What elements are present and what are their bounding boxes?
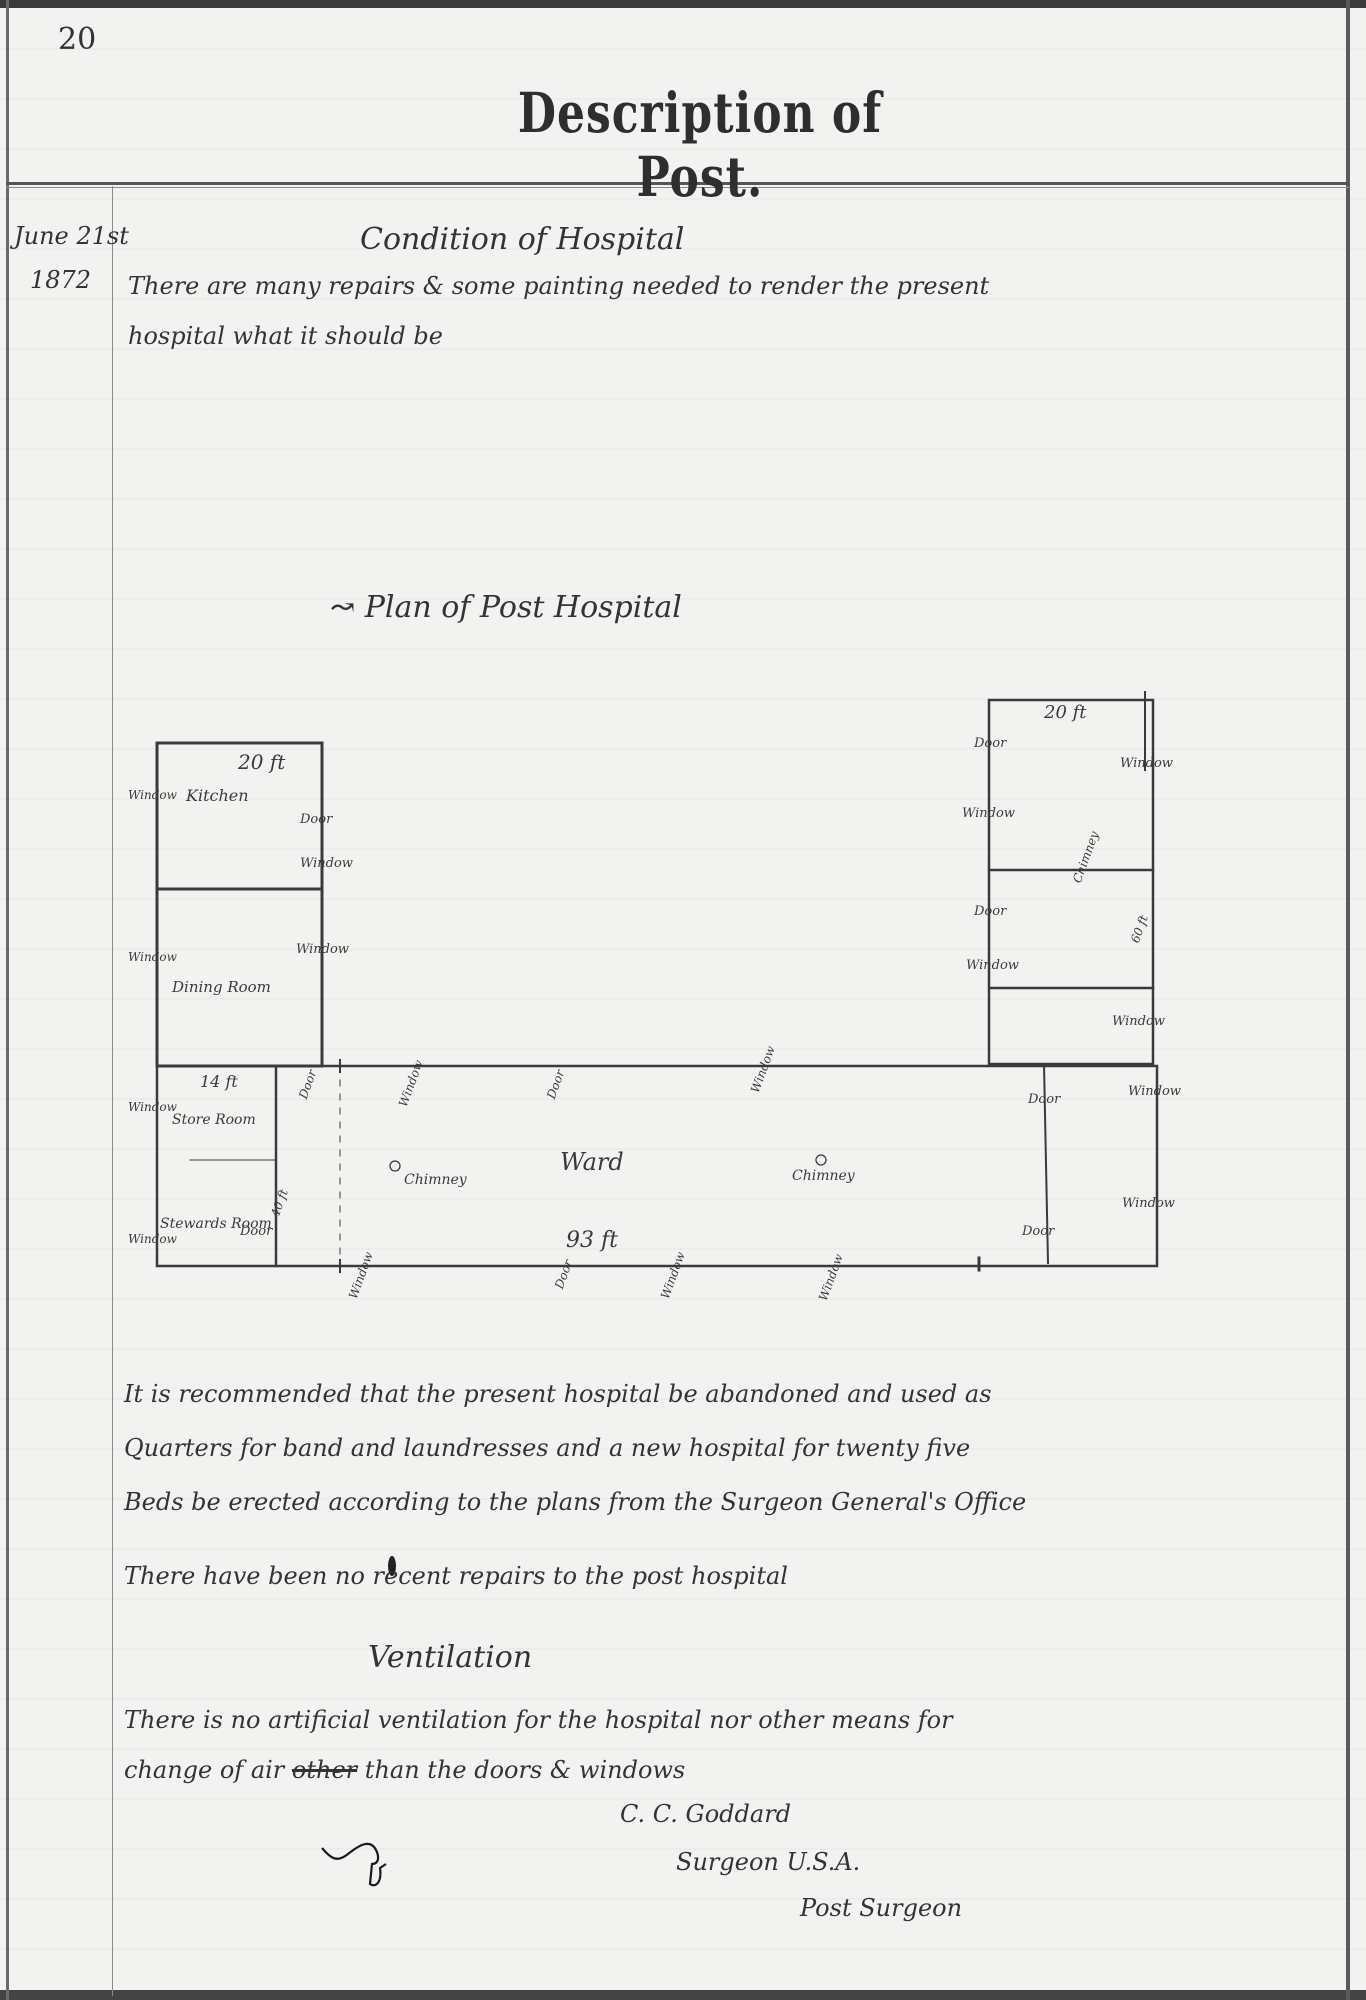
kitchen-door-label: Door [300,812,332,827]
entry-date-day: June 21st [14,222,129,250]
store-window-label: Window [128,1100,177,1114]
left-border [6,0,9,2000]
ward-south-door: Door [552,1258,575,1291]
right-room-window-2: Window [1122,1196,1175,1211]
right-border [1346,0,1350,2000]
right-wing-chimney: Chimney [1070,829,1102,884]
chimney-east-label: Chimney [792,1168,855,1184]
room-dining: Dining Room [172,978,271,996]
recommendation-line-3: Beds be erected according to the plans f… [124,1488,1026,1516]
recommendation-line-2: Quarters for band and laundresses and a … [124,1434,970,1462]
room-kitchen: Kitchen [186,786,249,805]
ward-west-door-label: Door [296,1068,319,1101]
ventilation-line-1: There is no artificial ventilation for t… [124,1706,953,1734]
chimney-west-label: Chimney [404,1172,467,1188]
plan-heading-text: Plan of Post Hospital [365,590,682,625]
room-store: Store Room [172,1112,256,1128]
ward-length-label: 93 ft [566,1228,618,1253]
condition-line-2: hospital what it should be [128,322,443,350]
recommendation-line-1: It is recommended that the present hospi… [124,1380,992,1408]
store-width-label: 14 ft [200,1072,238,1091]
page-top-edge [0,0,1366,8]
right-wing-door-1: Door [974,736,1006,751]
section-heading-condition: Condition of Hospital [360,222,684,257]
ventilation-line-2-start: change of air [124,1756,284,1784]
stewards-window-label: Window [128,1232,177,1246]
ward-south-window-1: Window [346,1250,376,1301]
dining-window-label: Window [296,942,349,957]
signature-role: Post Surgeon [800,1894,962,1922]
right-wing-width-label: 20 ft [1044,702,1087,723]
ward-label: Ward [560,1148,624,1176]
ventilation-line-2: change of air other than the doors & win… [124,1756,685,1784]
floor-plan-drawing [0,0,1366,2000]
ward-north-window-1: Window [396,1058,426,1109]
plan-heading: ↝ Plan of Post Hospital [330,590,682,625]
right-wing-window-1: Window [962,806,1015,821]
ink-squiggle-mark [320,1820,400,1890]
right-wing-outline [989,700,1153,1064]
ward-south-window-2: Window [658,1250,688,1301]
right-wing-window-3: Window [1112,1014,1165,1029]
right-room-window-1: Window [1128,1084,1181,1099]
signature-name: C. C. Goddard [620,1800,791,1828]
right-wing-east-window: Window [1120,756,1173,771]
page-bottom-edge [0,1990,1366,2000]
dining-west-window-label: Window [128,950,177,964]
right-wing-door-2: Door [974,904,1006,919]
left-side-length-label: 40 ft [268,1187,291,1218]
stewards-door-label: Door [240,1224,272,1239]
date-margin-line [112,186,113,1996]
struck-word: other [292,1756,357,1784]
signature-rank: Surgeon U.S.A. [676,1848,860,1876]
ventilation-line-2-end: than the doors & windows [365,1756,685,1784]
entry-date-year: 1872 [30,266,91,294]
condition-line-1: There are many repairs & some painting n… [128,272,989,300]
section-heading-ventilation: Ventilation [368,1640,532,1675]
ward-south-window-3: Window [816,1252,846,1303]
kitchen-window-label: Window [300,856,353,871]
page-number: 20 [58,22,96,57]
ward-north-door: Door [544,1068,567,1101]
right-room-door-2: Door [1022,1224,1054,1239]
right-room-door-1: Door [1028,1092,1060,1107]
ward-north-window-2: Window [748,1044,778,1095]
ledger-page: 20 Description of Post. June 21st 1872 C… [0,0,1366,2000]
right-wing-side-length: 60 ft [1128,913,1151,944]
right-wing-window-2: Window [966,958,1019,973]
repairs-line: There have been no recent repairs to the… [124,1562,788,1590]
left-wing-width-label: 20 ft [238,750,285,774]
page-title: Description of Post. [490,82,910,210]
plan-heading-arrow-icon: ↝ [330,590,365,625]
kitchen-west-window-label: Window [128,788,177,802]
